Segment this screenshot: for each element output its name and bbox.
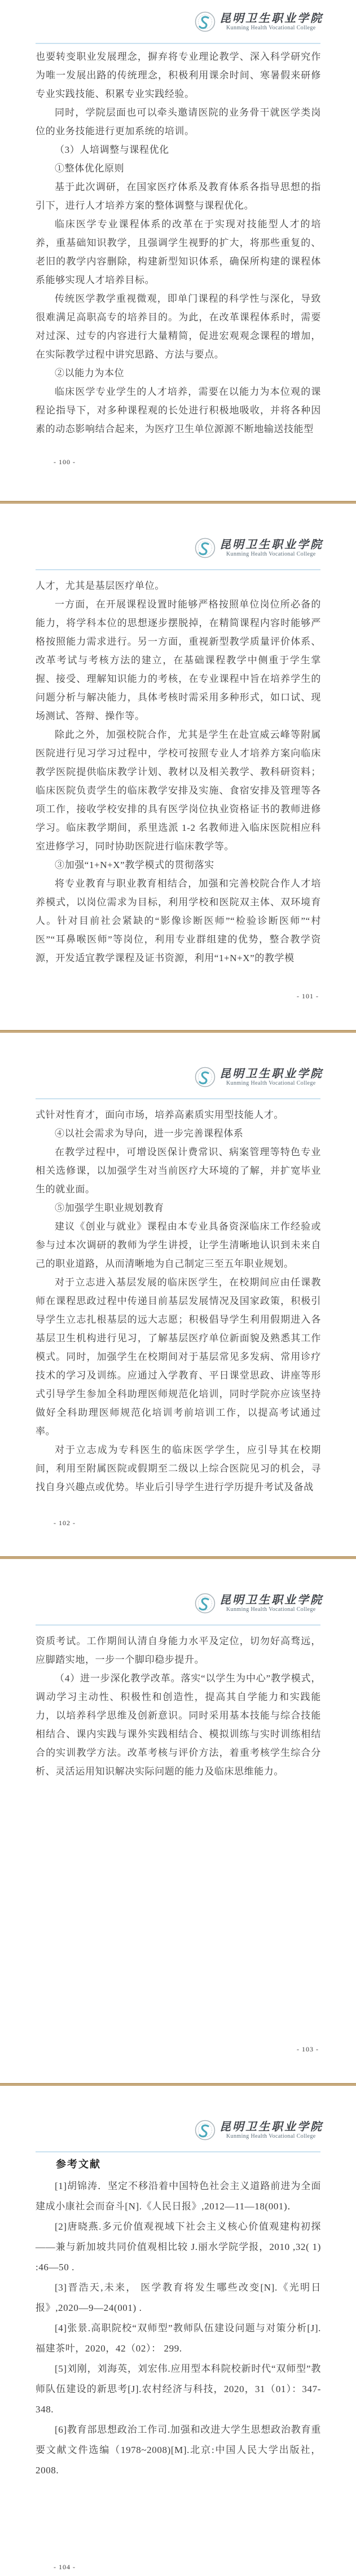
page-header: 昆明卫生职业学院 Kunming Health Vocational Colle… — [195, 1067, 323, 1087]
college-names: 昆明卫生职业学院 Kunming Health Vocational Colle… — [219, 538, 323, 558]
paragraph: 资质考试。工作期间认清自身能力水平及定位，切勿好高骛远，应脚踏实地，一步一个脚印… — [36, 1632, 321, 1669]
paragraph: 对于立志进入基层发展的临床医学生，在校期间应由任课教师在课程思政过程中传递目前基… — [36, 1273, 321, 1441]
paragraph: 基于此次调研，在国家医疗体系及教育体系各指导思想的指引下，进行人才培养方案的整体… — [36, 178, 321, 215]
page-body: 也要转变职业发展理念，摒弃将专业理论教学、深入科学研究作为唯一发展出路的传统理念… — [36, 47, 321, 438]
paragraph: [5]刘刚，刘海英，刘宏伟.应用型本科院校新时代“双师型”教师队伍建设的新思考[… — [36, 2359, 321, 2420]
page-number: - 101 - — [297, 992, 319, 1001]
page-101: 昆明卫生职业学院 Kunming Health Vocational Colle… — [0, 504, 356, 1030]
page-body: 资质考试。工作期间认清自身能力水平及定位，切勿好高骛远，应脚踏实地，一步一个脚印… — [36, 1632, 321, 1781]
paragraph: ②以能力为本位 — [36, 364, 321, 382]
page-number: - 104 - — [54, 2563, 76, 2571]
college-seal-icon — [195, 2120, 216, 2141]
paragraph: 将专业教育与职业教育相结合，加强和完善校院合作人才培养模式，以岗位需求为目标，利… — [36, 874, 321, 967]
references-heading: 参考文献 — [36, 2156, 321, 2173]
college-names: 昆明卫生职业学院 Kunming Health Vocational Colle… — [219, 1067, 323, 1087]
college-seal-icon — [195, 11, 216, 32]
page-header: 昆明卫生职业学院 Kunming Health Vocational Colle… — [195, 11, 323, 32]
header-rule — [36, 2151, 320, 2152]
college-name-en: Kunming Health Vocational College — [219, 25, 323, 32]
college-name-en: Kunming Health Vocational College — [219, 1080, 323, 1087]
college-names: 昆明卫生职业学院 Kunming Health Vocational Colle… — [219, 1593, 323, 1613]
college-name-zh: 昆明卫生职业学院 — [219, 538, 323, 551]
header-rule — [36, 569, 320, 570]
college-seal-icon — [195, 1067, 216, 1087]
page-103: 昆明卫生职业学院 Kunming Health Vocational Colle… — [0, 1559, 356, 2083]
paragraph: 式针对性育才，面向市场，培养高素质实用型技能人才。 — [36, 1106, 321, 1124]
paragraph: [6]教育部思想政治工作司.加强和改进大学生思想政治教育重要文献文件选编（197… — [36, 2420, 321, 2481]
college-name-zh: 昆明卫生职业学院 — [219, 1067, 323, 1080]
paragraph: （4）进一步深化教学改革。落实“以学生为中心”教学模式，调动学习主动性、积极性和… — [36, 1669, 321, 1781]
header-rule — [36, 1098, 320, 1099]
page-header: 昆明卫生职业学院 Kunming Health Vocational Colle… — [195, 1593, 323, 1614]
page-header: 昆明卫生职业学院 Kunming Health Vocational Colle… — [195, 2120, 323, 2141]
page-number: - 100 - — [54, 458, 76, 466]
college-name-en: Kunming Health Vocational College — [219, 2133, 323, 2140]
paragraph: ⑤加强学生职业规划教育 — [36, 1199, 321, 1217]
page-100: 昆明卫生职业学院 Kunming Health Vocational Colle… — [0, 0, 356, 501]
college-names: 昆明卫生职业学院 Kunming Health Vocational Colle… — [219, 12, 323, 32]
page-body: 参考文献[1]胡锦涛．坚定不移沿着中国特色社会主义道路前进为全面建成小康社会而奋… — [36, 2156, 321, 2481]
paragraph: ④以社会需求为导向，进一步完善课程体系 — [36, 1124, 321, 1143]
header-rule — [36, 1624, 320, 1626]
page-104: 昆明卫生职业学院 Kunming Health Vocational Colle… — [0, 2086, 356, 2576]
page-header: 昆明卫生职业学院 Kunming Health Vocational Colle… — [195, 538, 323, 558]
page-body: 人才，尤其是基层医疗单位。一方面，在开展课程设置时能够严格按照单位岗位所必备的能… — [36, 576, 321, 967]
paragraph: 临床医学专业课程体系的改革在于实现对技能型人才的培养，重基础知识教学，且强调学生… — [36, 215, 321, 289]
college-name-zh: 昆明卫生职业学院 — [219, 2120, 323, 2133]
college-seal-icon — [195, 538, 216, 558]
college-name-en: Kunming Health Vocational College — [219, 1606, 323, 1613]
paragraph: ①整体优化原则 — [36, 159, 321, 178]
college-seal-icon — [195, 1593, 216, 1614]
paragraph: 除此之外，加强校院合作，尤其是学生在赴宣威云峰等附属医院进行见习学习过程中，学校… — [36, 725, 321, 856]
paragraph: 人才，尤其是基层医疗单位。 — [36, 576, 321, 595]
paragraph: 一方面，在开展课程设置时能够严格按照单位岗位所必备的能力，将学科本位的思想逐步摆… — [36, 595, 321, 725]
paragraph: （3）人培调整与课程优化 — [36, 140, 321, 159]
paragraph: [1]胡锦涛．坚定不移沿着中国特色社会主义道路前进为全面建成小康社会而奋斗[N]… — [36, 2176, 321, 2217]
page-number: - 103 - — [297, 2045, 319, 2054]
paragraph: ③加强“1+N+X”教学模式的贯彻落实 — [36, 856, 321, 874]
college-name-zh: 昆明卫生职业学院 — [219, 1593, 323, 1606]
paragraph: 在教学过程中，可增设医保计费常识、病案管理等特色专业相关选修课，以加强学生对当前… — [36, 1143, 321, 1199]
paragraph: 对于立志成为专科医生的临床医学学生，应引导其在校期间，利用至附属医院或假期至二级… — [36, 1441, 321, 1496]
paragraph: 建议《创业与就业》课程由本专业具备资深临床工作经验或参与过本次调研的教师为学生讲… — [36, 1217, 321, 1273]
paragraph: 也要转变职业发展理念，摒弃将专业理论教学、深入科学研究作为唯一发展出路的传统理念… — [36, 47, 321, 103]
paragraph: [3]晋浩天,未来， 医学教育将发生哪些改变[N].《光明日报》,2020—9—… — [36, 2278, 321, 2318]
page-body: 式针对性育才，面向市场，培养高素质实用型技能人才。④以社会需求为导向，进一步完善… — [36, 1106, 321, 1496]
paragraph: 传统医学教学重视微观，即单门课程的科学性与深化，导致很难满足高职高专的培养目的。… — [36, 289, 321, 364]
paragraph: 同时，学院层面也可以牵头邀请医院的业务骨干就医学类岗位的业务技能进行更加系统的培… — [36, 103, 321, 140]
paragraph: 临床医学专业学生的人才培养，需要在以能力为本位观的课程论指导下，对多种课程观的长… — [36, 382, 321, 438]
document: 昆明卫生职业学院 Kunming Health Vocational Colle… — [0, 0, 356, 2576]
college-names: 昆明卫生职业学院 Kunming Health Vocational Colle… — [219, 2120, 323, 2140]
paragraph: [2]唐晓燕.多元价值观视域下社会主义核心价值观建构初探——兼与新加坡共同价值观… — [36, 2217, 321, 2278]
paragraph: [4]张景.高职院校“双师型”教师队伍建设问题与对策分析[J].福建茶叶，202… — [36, 2318, 321, 2359]
page-102: 昆明卫生职业学院 Kunming Health Vocational Colle… — [0, 1033, 356, 1556]
page-number: - 102 - — [54, 1519, 76, 1527]
college-name-en: Kunming Health Vocational College — [219, 551, 323, 558]
college-name-zh: 昆明卫生职业学院 — [219, 12, 323, 24]
header-rule — [36, 43, 320, 44]
